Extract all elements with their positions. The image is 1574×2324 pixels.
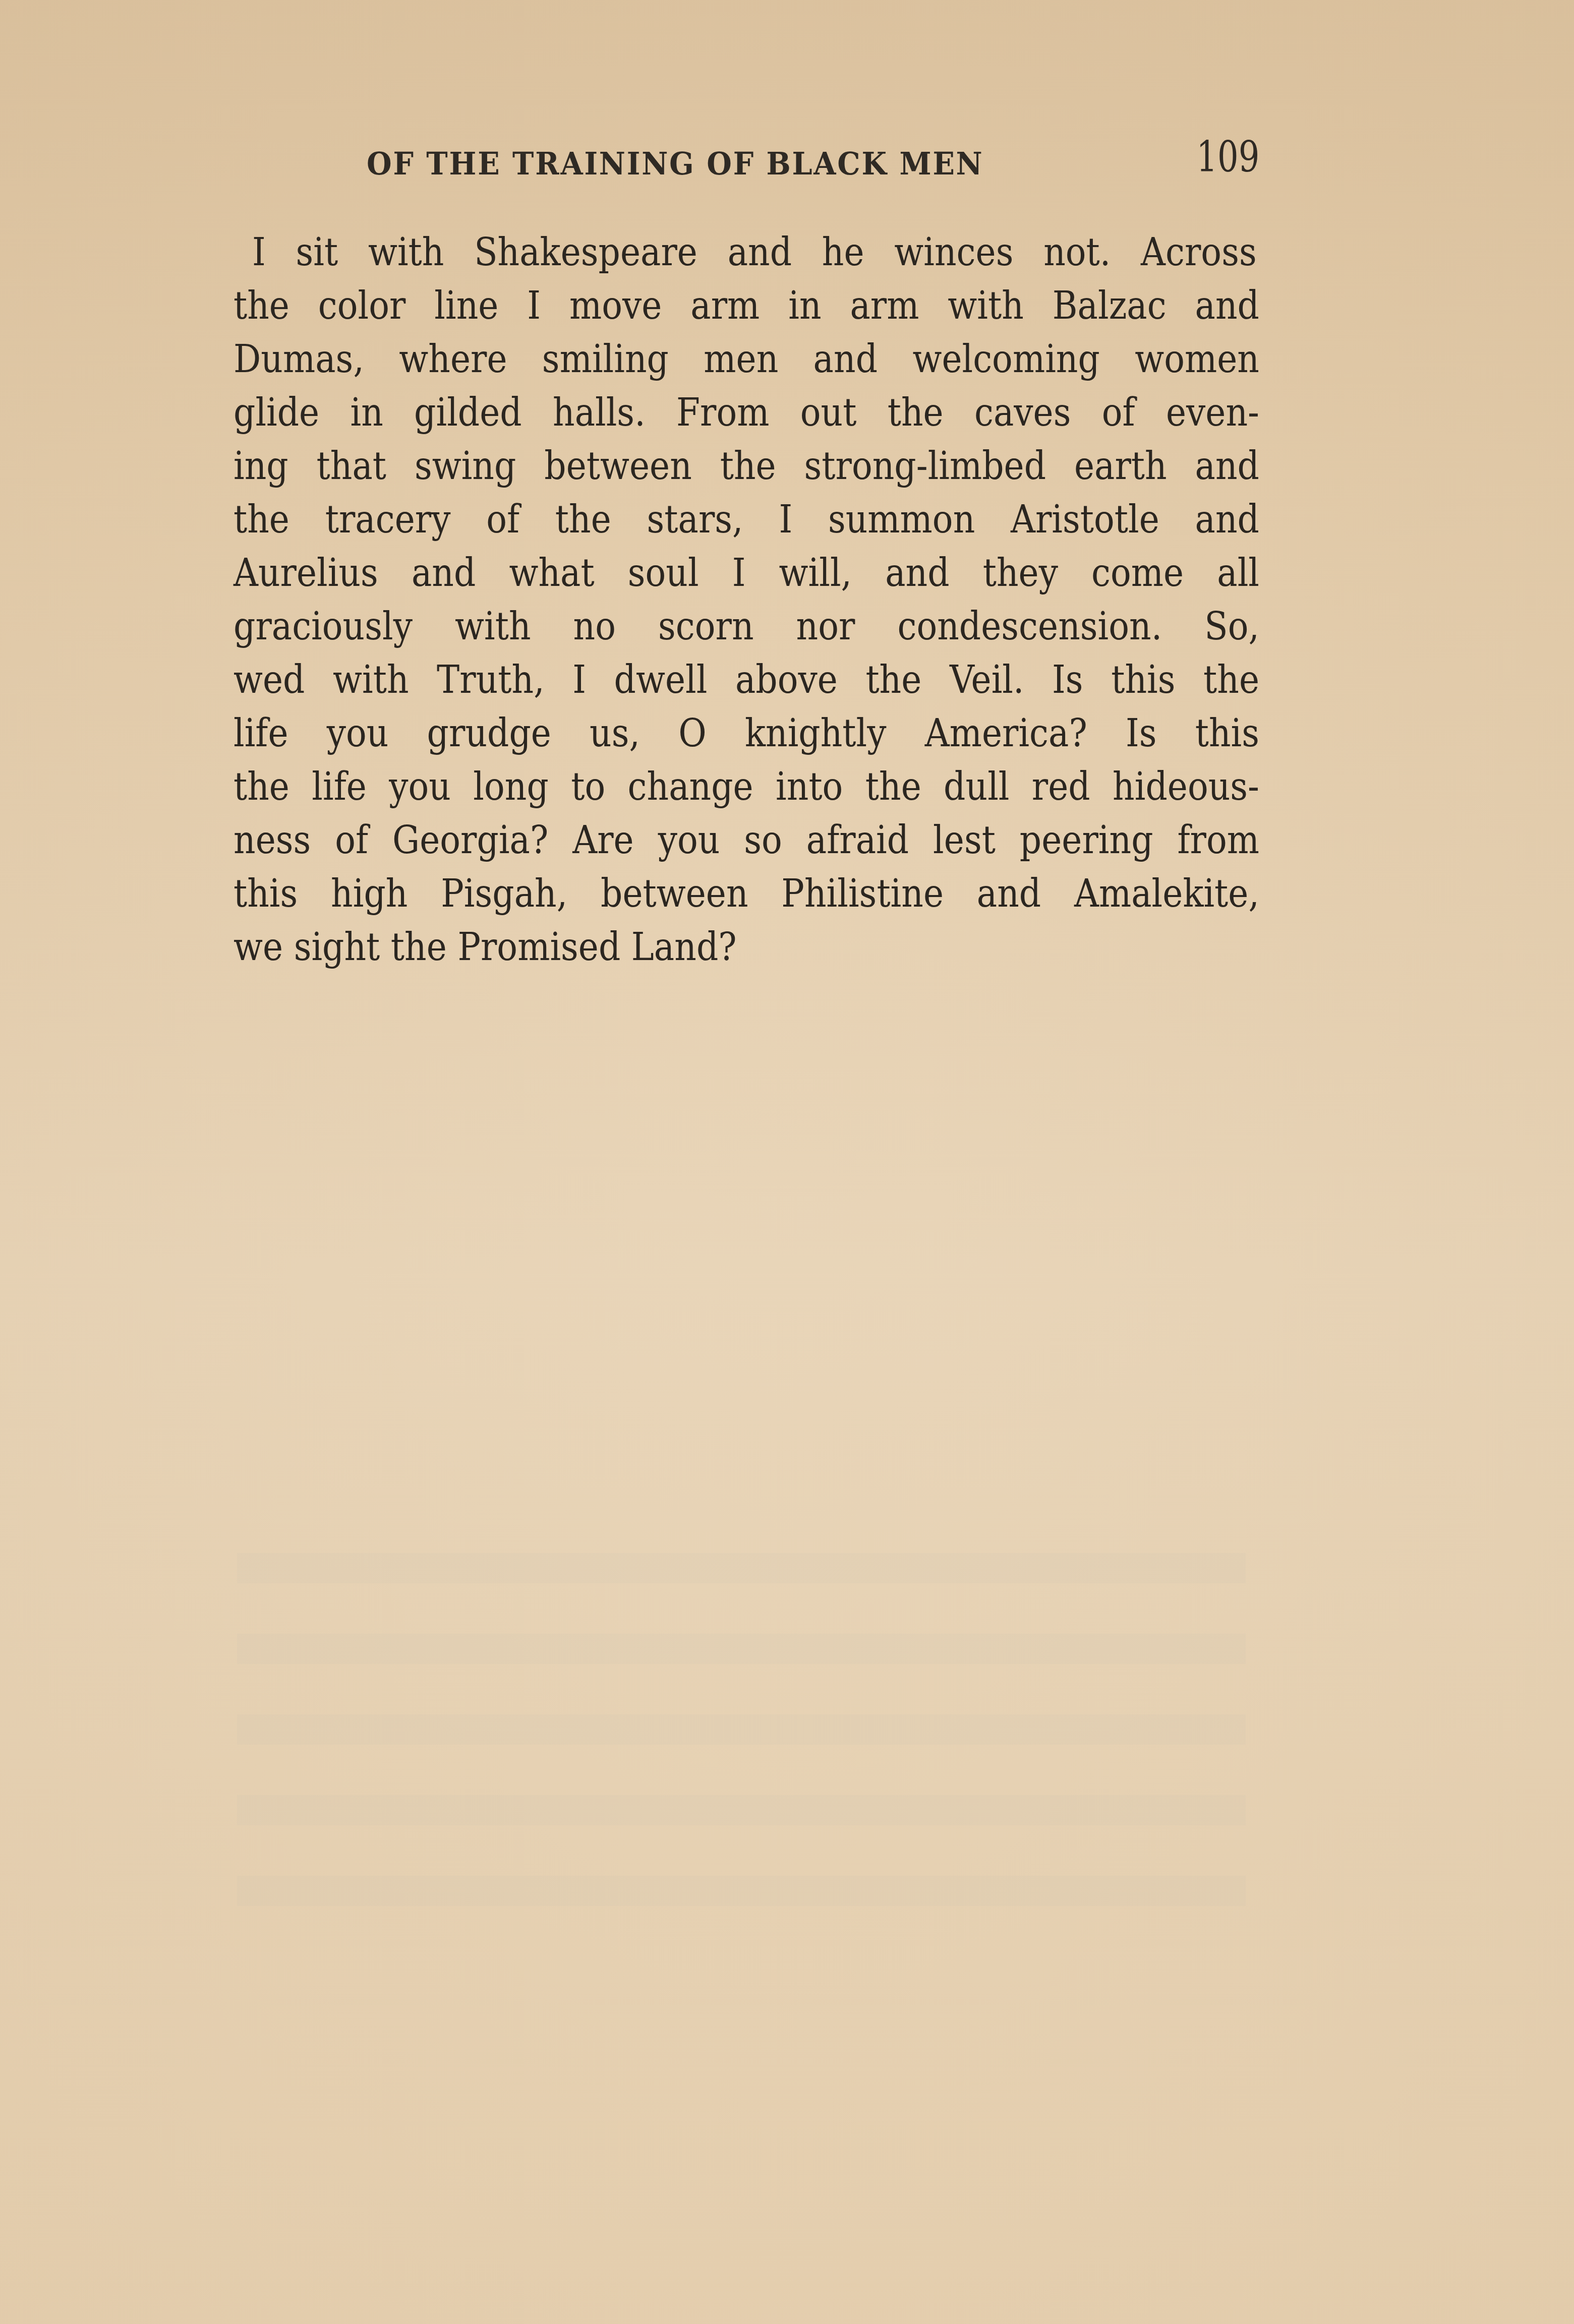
running-head: OF THE TRAINING OF BLACK MEN 109 — [367, 132, 1259, 188]
text-line: life you grudge us, O knightly America? … — [234, 707, 1259, 760]
chapter-title: OF THE TRAINING OF BLACK MEN — [367, 145, 984, 182]
text-line: the life you long to change into the dul… — [234, 760, 1259, 814]
body-paragraph: I sit with Shakespeare and he winces not… — [234, 226, 1259, 974]
text-line: wed with Truth, I dwell above the Veil. … — [234, 653, 1259, 707]
reverse-page-showthrough — [237, 1553, 1246, 1956]
text-line: glide in gilded halls. From out the cave… — [234, 386, 1259, 440]
text-line: the color line I move arm in arm with Ba… — [234, 279, 1259, 333]
text-line: ing that swing between the strong-limbed… — [234, 440, 1259, 493]
page-number: 109 — [1196, 132, 1259, 182]
text-line: Dumas, where smiling men and welcoming w… — [234, 333, 1259, 386]
text-line: the tracery of the stars, I summon Arist… — [234, 493, 1259, 547]
text-line: ness of Georgia? Are you so afraid lest … — [234, 814, 1259, 867]
text-line: Aurelius and what soul I will, and they … — [234, 547, 1259, 600]
text-line: I sit with Shakespeare and he winces not… — [234, 226, 1257, 279]
text-line: graciously with no scorn nor condescensi… — [234, 600, 1259, 653]
text-line: we sight the Promised Land? — [234, 921, 1259, 974]
book-page: OF THE TRAINING OF BLACK MEN 109 I sit w… — [0, 0, 1574, 2324]
text-line: this high Pisgah, between Philistine and… — [234, 867, 1259, 921]
